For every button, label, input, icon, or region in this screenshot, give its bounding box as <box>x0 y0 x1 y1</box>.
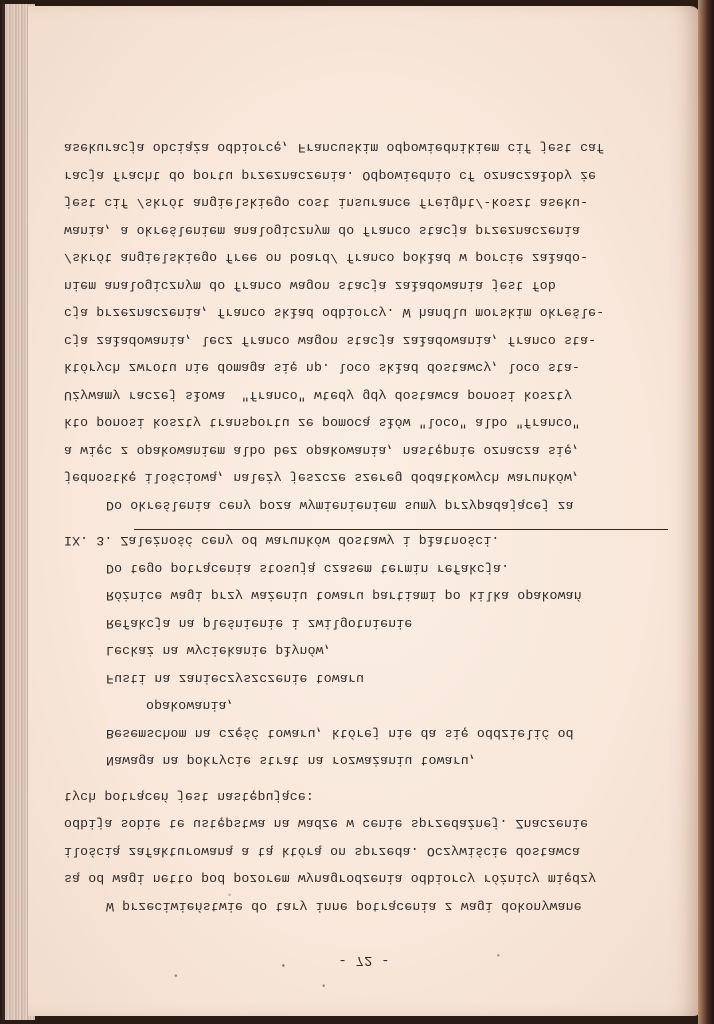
text-line: których zwrotu nie domaga się np. loco s… <box>64 354 664 382</box>
list-item: Leckaż na wyciekanie płynów, <box>64 637 664 665</box>
scanned-page: - 72 - W przeciwieństwie do tary inne po… <box>0 0 714 1024</box>
text-line: ilością zafakturowaną a tą którą on sprz… <box>64 838 664 866</box>
text-line: W przeciwieństwie do tary inne potrąceni… <box>64 893 664 921</box>
typed-text: - 72 - W przeciwieństwie do tary inne po… <box>64 134 664 968</box>
text-line: a więc z opakowaniem albo bez opakowania… <box>64 437 664 465</box>
closing-sentence: Do tego potrącenia stosują czasem termin… <box>64 555 664 583</box>
list-item: Refakcja na pleśnienie i zwilgotnienie <box>64 610 664 638</box>
flipped-text-layer: - 72 - W przeciwieństwie do tary inne po… <box>28 6 700 1016</box>
page-number: - 72 - <box>64 952 664 968</box>
section-heading: IX. 3. Zależność ceny od warunków dostaw… <box>64 527 664 555</box>
list-item: Besemschom na część towaru, której nie d… <box>64 720 664 748</box>
list-item: Fusti na zanieczyszczenie towaru <box>64 665 664 693</box>
text-line: jednostkę ilościową, należy jeszcze szer… <box>64 464 664 492</box>
section-heading-text: IX. 3. Zależność ceny od warunków dostaw… <box>64 534 499 549</box>
text-line: kto ponosi koszty transportu ze pomocą s… <box>64 409 664 437</box>
text-line: są od wagi netto pod pozorem wynagrodzen… <box>64 865 664 893</box>
text-line: racja fracht do portu przeznaczenia. Odp… <box>64 162 664 190</box>
binding-shadow <box>698 0 714 1024</box>
text-line: jest cif /skrót angielskiego cost insura… <box>64 189 664 217</box>
list-item: Różnice wagi przy ważeniu towaru partiam… <box>64 582 664 610</box>
text-line: cja przeznaczenia, franco skład odbiorcy… <box>64 299 664 327</box>
text-line: Używamy raczej słowa "franco" wtedy gdy … <box>64 382 664 410</box>
list-item-continuation: opakowania, <box>64 692 664 720</box>
text-line: niem analogicznym do franco wagon stacja… <box>64 272 664 300</box>
text-line: wania, a określeniem analogicznym do fra… <box>64 217 664 245</box>
text-line: odbija sobie te ustępstwa na wadze w cen… <box>64 810 664 838</box>
list-item: Nawaga na pokrycie strat na rozważaniu t… <box>64 747 664 775</box>
text-line: asekuracja obciąża odbiorcę, Francuskim … <box>64 134 664 162</box>
heading-underline <box>134 529 668 530</box>
text-line: tych potrąceń jest następujące: <box>64 783 664 811</box>
text-line: cja załadowania, lecz franco wagon stacj… <box>64 327 664 355</box>
text-line: /skrót angielskiego free on board/ franc… <box>64 244 664 272</box>
text-line: Do określenia ceny poza wymienieniem sum… <box>64 492 664 520</box>
